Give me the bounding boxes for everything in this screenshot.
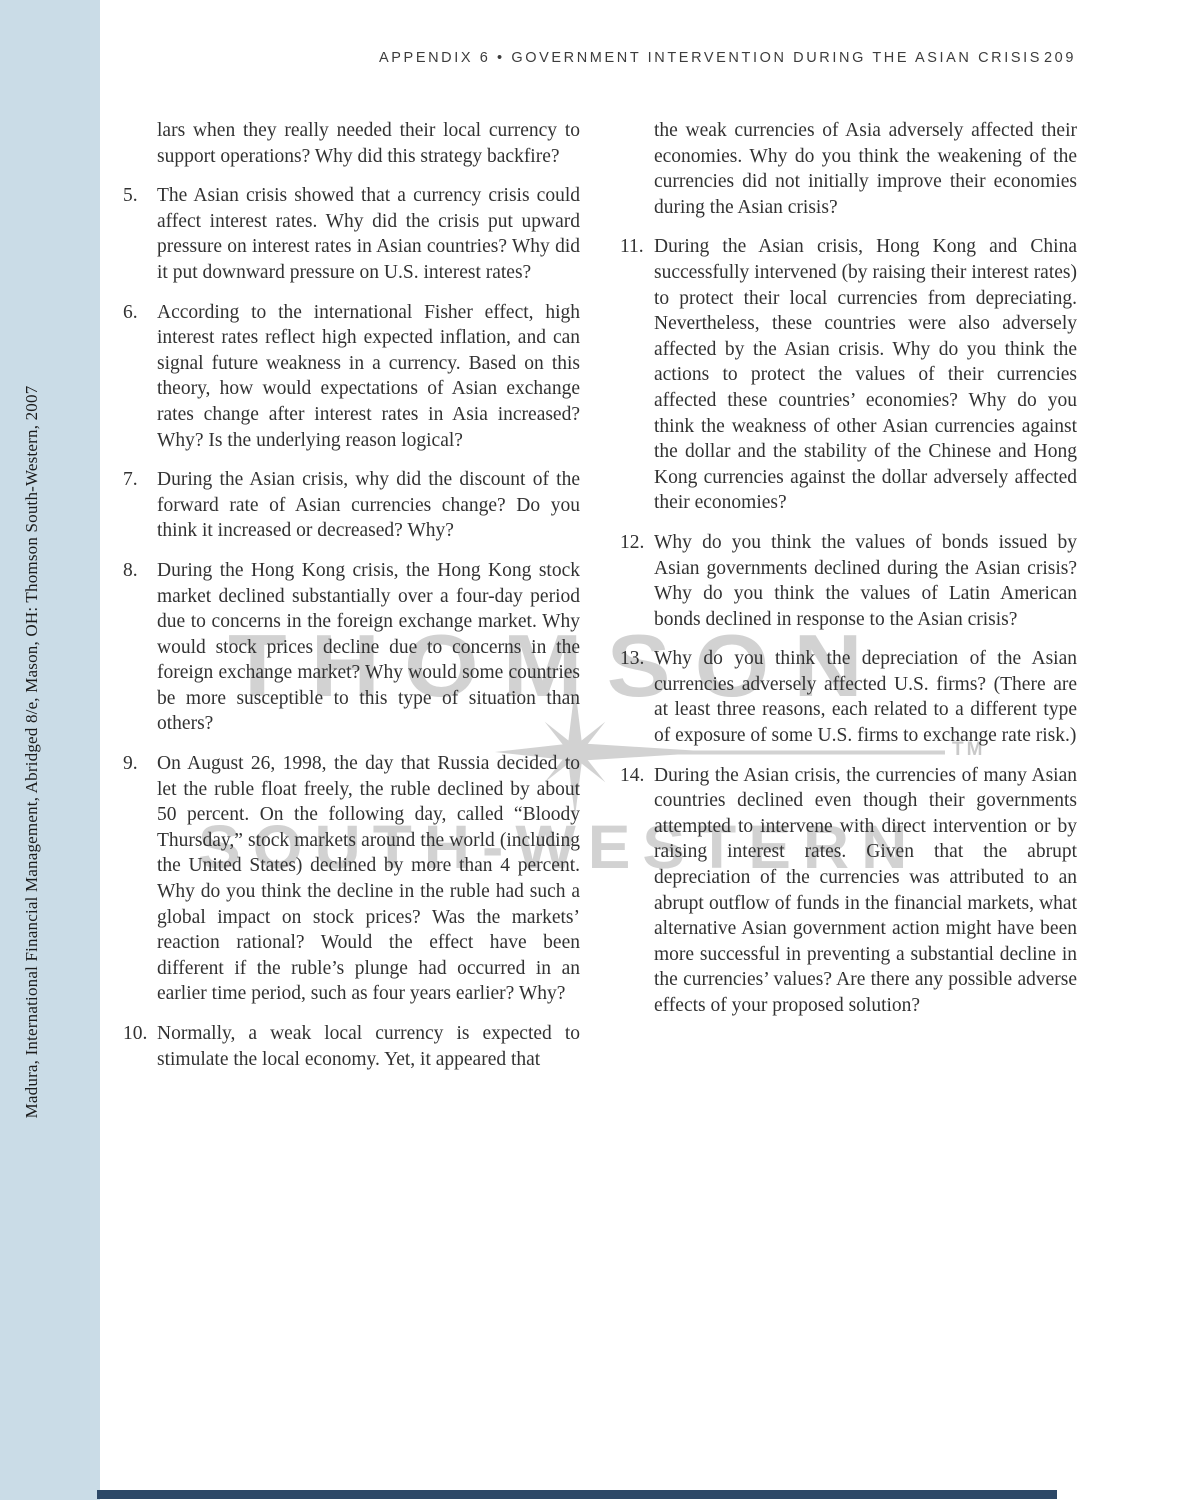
question-number: 12. (620, 530, 654, 632)
question-5: 5. The Asian crisis showed that a curren… (123, 183, 580, 285)
question-number: 9. (123, 751, 157, 1007)
question-number (123, 118, 157, 169)
question-7: 7. During the Asian crisis, why did the … (123, 467, 580, 544)
page-number: 209 (1044, 50, 1076, 66)
next-page-edge (97, 1490, 1057, 1499)
question-text: Normally, a weak local currency is expec… (157, 1021, 580, 1072)
question-12: 12. Why do you think the values of bonds… (620, 530, 1077, 632)
question-continuation: lars when they really needed their local… (123, 118, 580, 169)
question-9: 9. On August 26, 1998, the day that Russ… (123, 751, 580, 1007)
question-number: 6. (123, 300, 157, 454)
question-text: On August 26, 1998, the day that Russia … (157, 751, 580, 1007)
question-number: 11. (620, 234, 654, 516)
question-text: The Asian crisis showed that a currency … (157, 183, 580, 285)
question-text: During the Hong Kong crisis, the Hong Ko… (157, 558, 580, 737)
question-continuation: the weak currencies of Asia adversely af… (620, 118, 1077, 220)
question-14: 14. During the Asian crisis, the currenc… (620, 763, 1077, 1019)
book-credit-text: Madura, International Financial Manageme… (22, 386, 42, 1119)
running-head: APPENDIX 6 • GOVERNMENT INTERVENTION DUR… (379, 50, 1042, 66)
question-text: lars when they really needed their local… (157, 118, 580, 169)
question-11: 11. During the Asian crisis, Hong Kong a… (620, 234, 1077, 516)
question-number: 13. (620, 646, 654, 748)
question-number (620, 118, 654, 220)
question-text: During the Asian crisis, Hong Kong and C… (654, 234, 1077, 516)
question-text: During the Asian crisis, why did the dis… (157, 467, 580, 544)
left-column: lars when they really needed their local… (123, 118, 580, 1086)
question-number: 14. (620, 763, 654, 1019)
question-text: During the Asian crisis, the currencies … (654, 763, 1077, 1019)
question-text: According to the international Fisher ef… (157, 300, 580, 454)
question-text: Why do you think the values of bonds iss… (654, 530, 1077, 632)
page-edge-strip: Madura, International Financial Manageme… (0, 0, 100, 1500)
question-number: 10. (123, 1021, 157, 1072)
question-text: the weak currencies of Asia adversely af… (654, 118, 1077, 220)
right-column: the weak currencies of Asia adversely af… (620, 118, 1077, 1086)
question-8: 8. During the Hong Kong crisis, the Hong… (123, 558, 580, 737)
question-number: 7. (123, 467, 157, 544)
question-columns: lars when they really needed their local… (123, 118, 1077, 1086)
question-13: 13. Why do you think the depreciation of… (620, 646, 1077, 748)
question-6: 6. According to the international Fisher… (123, 300, 580, 454)
question-number: 5. (123, 183, 157, 285)
question-text: Why do you think the depreciation of the… (654, 646, 1077, 748)
question-number: 8. (123, 558, 157, 737)
question-10: 10. Normally, a weak local currency is e… (123, 1021, 580, 1072)
